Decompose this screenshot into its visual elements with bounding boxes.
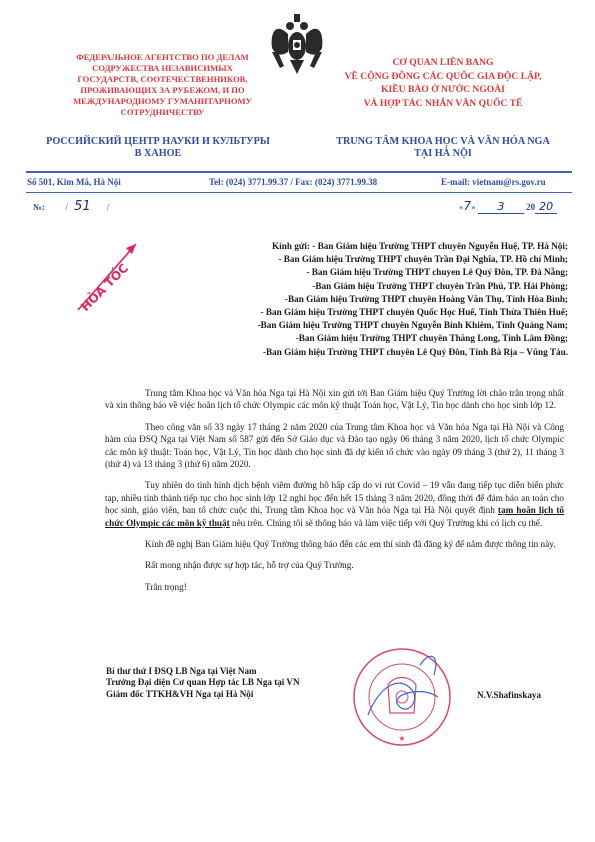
recipient-item: -Ban Giám hiệu Trường THPT chuyên Hoàng … [150, 293, 568, 306]
agency-vi-line: CƠ QUAN LIÊN BANG [318, 56, 568, 70]
recipient-item: -Ban Giám hiệu Trường THPT chuyên Nguyễn… [150, 319, 568, 332]
agency-ru-line: СОТРУДНИЧЕСТВУ [40, 107, 285, 118]
recipient-item: -Ban Giám hiệu Trường THPT chuyên Trần P… [150, 280, 568, 293]
date-year-suffix: 20 [535, 200, 557, 214]
signatory-title: Trưởng Đại diện Cơ quan Hợp tác LB Nga t… [106, 677, 300, 688]
recipient-item: - Ban Giám hiệu Trường THPT chuyên Quốc … [150, 306, 568, 319]
date-month: 3 [478, 200, 524, 214]
contact-address: Số 501, Kim Mã, Hà Nội [27, 177, 121, 187]
number-value: 51 [74, 199, 91, 214]
paragraph-closing: Trân trọng! [105, 581, 564, 593]
svg-text:★: ★ [398, 734, 405, 743]
agency-ru-line: ПРОЖИВАЮЩИХ ЗА РУБЕЖОМ, И ПО [40, 85, 285, 96]
agency-vi-line: KIỀU BÀO Ở NƯỚC NGOÀI [318, 83, 568, 97]
header-divider-bottom [26, 192, 572, 193]
document-date: «7» 3 2020 [459, 199, 557, 214]
contact-email[interactable]: E-mail: vietnam@rs.gov.ru [441, 177, 546, 187]
agency-ru-line: СОДРУЖЕСТВА НЕЗАВИСИМЫХ [40, 63, 285, 74]
agency-vi-line: VÀ HỢP TÁC NHÂN VĂN QUỐC TẾ [318, 97, 568, 111]
number-separator: / [65, 202, 68, 212]
recipient-item: - Ban Giám hiệu Trường THPT chuyen Lê Qu… [150, 266, 568, 279]
center-vi-line: TRUNG TÂM KHOA HỌC VÀ VĂN HÓA NGA [318, 136, 568, 148]
recipient-item: -Ban Giám hiệu Trường THPT chuyên Lê Quý… [150, 346, 568, 359]
document-number: №: / 51 / [33, 199, 109, 214]
recipients-list: Kính gửi: - Ban Giám hiệu Trường THPT ch… [150, 240, 568, 359]
agency-name-ru: ФЕДЕРАЛЬНОЕ АГЕНТСТВО ПО ДЕЛАМ СОДРУЖЕСТ… [40, 52, 285, 118]
center-ru-line: В ХАНОЕ [24, 148, 292, 160]
center-ru-line: РОССИЙСКИЙ ЦЕНТР НАУКИ И КУЛЬТУРЫ [24, 136, 292, 148]
center-name-ru: РОССИЙСКИЙ ЦЕНТР НАУКИ И КУЛЬТУРЫ В ХАНО… [24, 136, 292, 160]
date-year-prefix: 20 [526, 202, 535, 212]
paragraph-request: Kính đề nghị Ban Giám hiệu Quý Trường th… [105, 538, 564, 550]
signatory-title: Bí thư thứ I ĐSQ LB Nga tại Việt Nam [106, 666, 300, 677]
agency-vi-line: VỀ CỘNG ĐỒNG CÁC QUỐC GIA ĐỘC LẬP, [318, 70, 568, 84]
official-seal: ★ [350, 645, 455, 750]
signatory-name: N.V.Shafinskaya [477, 690, 541, 700]
header-divider-top [26, 171, 572, 173]
paragraph-intro: Trung tâm Khoa học và Văn hóa Nga tại Hà… [105, 387, 564, 412]
agency-name-vi: CƠ QUAN LIÊN BANG VỀ CỘNG ĐỒNG CÁC QUỐC … [318, 56, 568, 110]
number-separator: / [107, 202, 110, 212]
paragraph-cooperation: Rất mong nhận được sự hợp tác, hỗ trợ củ… [105, 559, 564, 571]
recipient-item: - Ban Giám hiệu Trường THPT chuyên Trần … [150, 253, 568, 266]
paragraph-postponement: Tuy nhiên do tình hình dịch bệnh viêm đư… [105, 479, 564, 529]
center-name-vi: TRUNG TÂM KHOA HỌC VÀ VĂN HÓA NGA TẠI HÀ… [318, 136, 568, 160]
recipient-item: -Ban Giám hiệu Trường THPT chuyên Thăng … [150, 332, 568, 345]
paragraph-background: Theo công văn số 33 ngày 17 tháng 2 năm … [105, 421, 564, 471]
recipient-item: Kính gửi: - Ban Giám hiệu Trường THPT ch… [150, 240, 568, 253]
number-label: №: [33, 202, 45, 212]
agency-ru-line: ГОСУДАРСТВ, СООТЕЧЕСТВЕННИКОВ, [40, 74, 285, 85]
date-day: 7 [464, 199, 472, 213]
agency-ru-line: МЕЖДУНАРОДНОМУ ГУМАНИТАРНОМУ [40, 96, 285, 107]
signatory-titles: Bí thư thứ I ĐSQ LB Nga tại Việt Nam Trư… [106, 666, 300, 700]
center-vi-line: TẠI HÀ NỘI [318, 148, 568, 160]
signatory-title: Giám đốc TTKH&VH Nga tại Hà Nội [106, 689, 300, 700]
agency-ru-line: ФЕДЕРАЛЬНОЕ АГЕНТСТВО ПО ДЕЛАМ [40, 52, 285, 63]
contact-phone-fax: Tel: (024) 3771.99.37 / Fax: (024) 3771.… [209, 177, 377, 187]
letter-body: Trung tâm Khoa học và Văn hóa Nga tại Hà… [105, 387, 564, 602]
